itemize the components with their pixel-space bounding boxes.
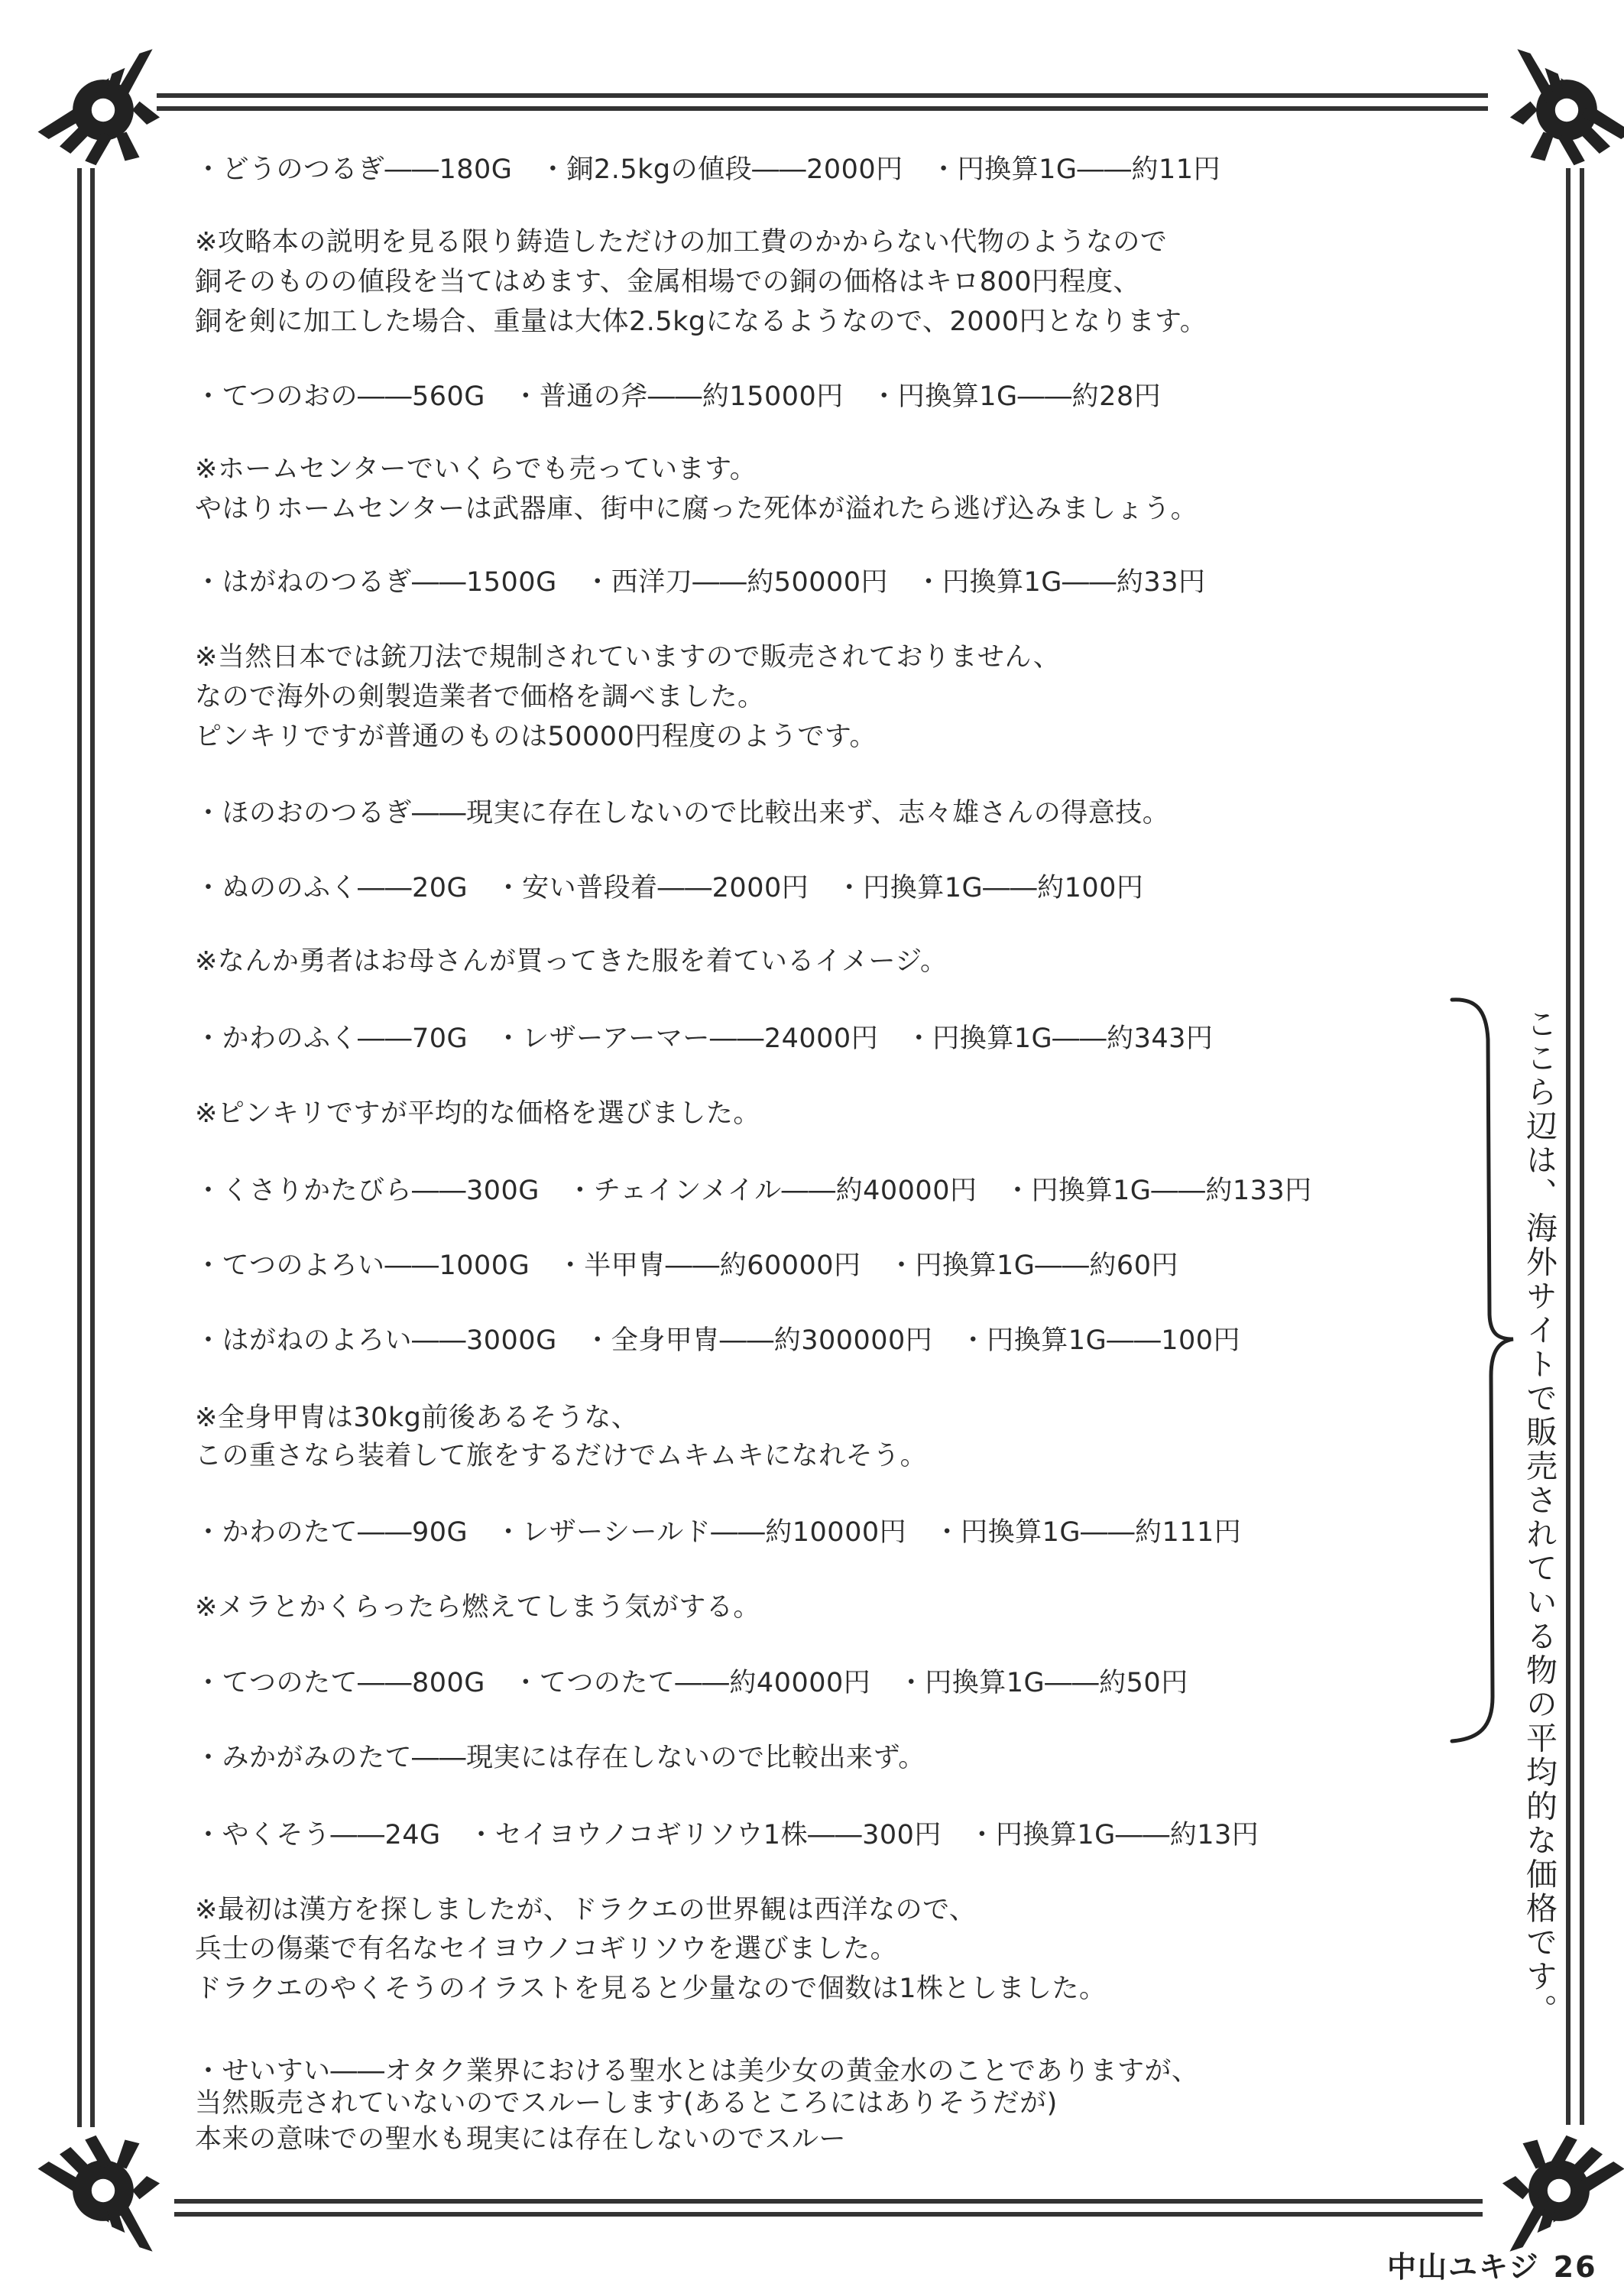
frame-bottom-line-inner: [174, 2212, 1483, 2217]
item-entry-line: ・せいすい――オタク業界における聖水とは美少女の黄金水のことでありますが、: [195, 2055, 1199, 2088]
note-line: 兵士の傷薬で有名なセイヨウノコギリソウを選びました。: [195, 1932, 897, 1966]
item-entry-line: ・かわのふく――70G ・レザーアーマー――24000円 ・円換算1G――約34…: [195, 1022, 1213, 1056]
note-line: 当然販売されていないのでスルーします(あるところにはありそうだが): [195, 2087, 1058, 2120]
item-entry-line: ・ほのおのつるぎ――現実に存在しないので比較出来ず、志々雄さんの得意技。: [195, 796, 1169, 830]
corner-emblem-icon-top-right: [1494, 23, 1624, 168]
frame-top-line-inner: [157, 106, 1488, 111]
frame-left-line-inner: [90, 168, 95, 2127]
note-line: 銅そのものの値段を当てはめます、金属相場での銅の価格はキロ800円程度、: [195, 265, 1140, 299]
note-line: ※最初は漢方を探しましたが、ドラクエの世界観は西洋なので、: [195, 1893, 976, 1927]
note-line: ドラクエのやくそうのイラストを見ると少量なので個数は1株としました。: [195, 1972, 1107, 2006]
page-number: 26: [1554, 2250, 1597, 2284]
frame-top-line-outer: [157, 93, 1488, 98]
note-line: ピンキリですが普通のものは50000円程度のようです。: [195, 720, 877, 754]
note-line: ※当然日本では銃刀法で規制されていますので販売されておりません、: [195, 641, 1060, 674]
item-entry-line: ・はがねのつるぎ――1500G ・西洋刀――約50000円 ・円換算1G――約3…: [195, 566, 1205, 599]
item-entry-line: ・てつのたて――800G ・てつのたて――約40000円 ・円換算1G――約50…: [195, 1666, 1188, 1700]
item-entry-line: ・どうのつるぎ――180G ・銅2.5kgの値段――2000円 ・円換算1G――…: [195, 153, 1220, 186]
frame-right-line-inner: [1566, 168, 1571, 2125]
item-entry-line: ・かわのたて――90G ・レザーシールド――約10000円 ・円換算1G――約1…: [195, 1516, 1241, 1549]
item-entry-line: ・はがねのよろい――3000G ・全身甲冑――約300000円 ・円換算1G――…: [195, 1324, 1240, 1357]
note-line: やはりホームセンターは武器庫、街中に腐った死体が溢れたら逃げ込みましょう。: [195, 492, 1198, 526]
page-footer: 中山ユキジ26: [1387, 2243, 1597, 2285]
frame-right-line-outer: [1580, 168, 1584, 2125]
side-note-vertical: ここら辺は、海外サイトで販売されている物の平均的な価格です。: [1521, 1007, 1558, 2028]
curly-brace-icon: [1448, 994, 1521, 1747]
corner-emblem-icon-top-left: [31, 23, 176, 168]
frame-bottom-line-outer: [174, 2199, 1483, 2204]
item-entry-line: ・てつのよろい――1000G ・半甲冑――約60000円 ・円換算1G――約60…: [195, 1249, 1178, 1283]
item-entry-line: ・てつのおの――560G ・普通の斧――約15000円 ・円換算1G――約28円: [195, 380, 1161, 414]
note-line: ※なんか勇者はお母さんが買ってきた服を着ているイメージ。: [195, 945, 947, 978]
item-entry-line: ・ぬののふく――20G ・安い普段着――2000円 ・円換算1G――約100円: [195, 871, 1143, 905]
author-name: 中山ユキジ: [1387, 2250, 1540, 2284]
note-line: ※全身甲冑は30kg前後あるそうな、: [195, 1401, 638, 1435]
note-line: 銅を剣に加工した場合、重量は大体2.5kgになるようなので、2000円となります…: [195, 305, 1207, 339]
note-line: ※ピンキリですが平均的な価格を選びました。: [195, 1097, 760, 1130]
item-entry-line: ・みかがみのたて――現実には存在しないので比較出来ず。: [195, 1741, 925, 1775]
note-line: ※ホームセンターでいくらでも売っています。: [195, 452, 757, 486]
corner-emblem-icon-bottom-left: [31, 2132, 176, 2278]
note-line: ※攻略本の説明を見る限り鋳造しただけの加工費のかからない代物のようなので: [195, 225, 1167, 259]
note-line: この重さなら装着して旅をするだけでムキムキになれそう。: [195, 1439, 927, 1473]
item-entry-line: ・やくそう――24G ・セイヨウノコギリソウ1株――300円 ・円換算1G――約…: [195, 1818, 1259, 1852]
note-line: 本来の意味での聖水も現実には存在しないのでスルー: [195, 2123, 846, 2156]
note-line: ※メラとかくらったら燃えてしまう気がする。: [195, 1591, 760, 1624]
note-line: なので海外の剣製造業者で価格を調べました。: [195, 680, 765, 714]
item-entry-line: ・くさりかたびら――300G ・チェインメイル――約40000円 ・円換算1G―…: [195, 1174, 1312, 1208]
frame-left-line-outer: [77, 168, 82, 2127]
